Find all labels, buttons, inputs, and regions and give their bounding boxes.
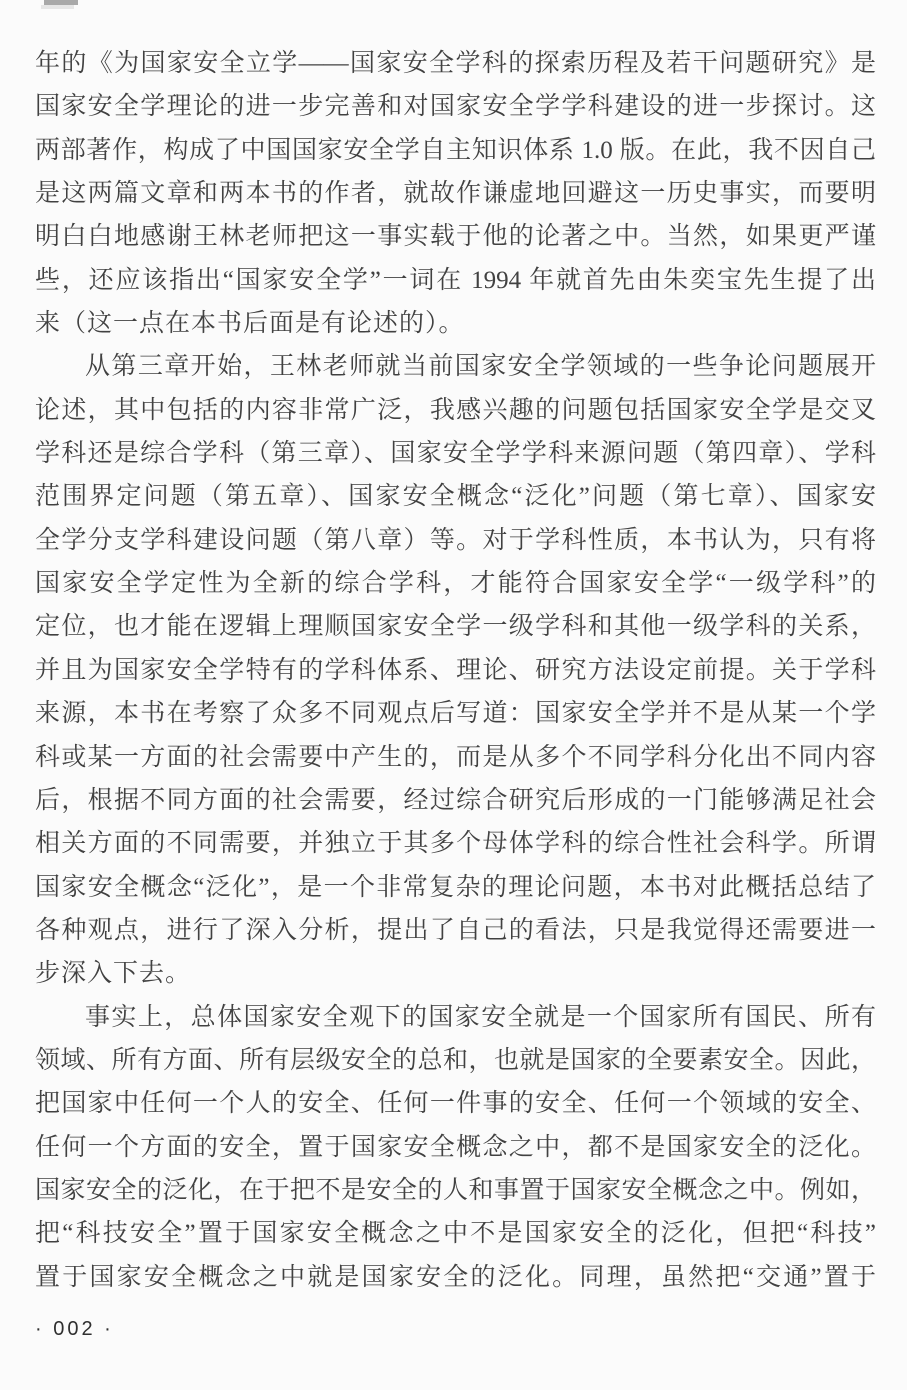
page-text: 年的《为国家安全立学——国家安全学科的探索历程及若干问题研究》是国家安全学理论的… (35, 42, 876, 1299)
text-line: 步深入下去。 (35, 952, 876, 995)
text-line: 相关方面的不同需要，并独立于其多个母体学科的综合性社会科学。所谓 (35, 822, 876, 865)
text-line: 论述，其中包括的内容非常广泛，我感兴趣的问题包括国家安全学是交叉 (35, 389, 876, 432)
text-line: 置于国家安全概念之中就是国家安全的泛化。同理，虽然把“交通”置于 (35, 1256, 876, 1299)
text-line: 领域、所有方面、所有层级安全的总和，也就是国家的全要素安全。因此， (35, 1039, 876, 1082)
text-line: 全学分支学科建设问题（第八章）等。对于学科性质，本书认为，只有将 (35, 519, 876, 562)
text-line: 国家安全的泛化，在于把不是安全的人和事置于国家安全概念之中。例如， (35, 1169, 876, 1212)
text-line: 把国家中任何一个人的安全、任何一件事的安全、任何一个领域的安全、 (35, 1082, 876, 1125)
text-line: 是这两篇文章和两本书的作者，就故作谦虚地回避这一历史事实，而要明 (35, 172, 876, 215)
text-line: 定位，也才能在逻辑上理顺国家安全学一级学科和其他一级学科的关系， (35, 605, 876, 648)
text-line: 来源，本书在考察了众多不同观点后写道：国家安全学并不是从某一个学 (35, 692, 876, 735)
text-line: 国家安全学定性为全新的综合学科，才能符合国家安全学“一级学科”的 (35, 562, 876, 605)
text-line: 来（这一点在本书后面是有论述的）。 (35, 302, 876, 345)
text-line: 些，还应该指出“国家安全学”一词在 1994 年就首先由朱奕宝先生提了出 (35, 259, 876, 302)
text-line: 并且为国家安全学特有的学科体系、理论、研究方法设定前提。关于学科 (35, 649, 876, 692)
text-line: 事实上，总体国家安全观下的国家安全就是一个国家所有国民、所有 (35, 996, 876, 1039)
text-line: 明白白地感谢王林老师把这一事实载于他的论著之中。当然，如果更严谨 (35, 215, 876, 258)
text-line: 科或某一方面的社会需要中产生的，而是从多个不同学科分化出不同内容 (35, 736, 876, 779)
text-line: 范围界定问题（第五章）、国家安全概念“泛化”问题（第七章）、国家安 (35, 475, 876, 518)
text-line: 从第三章开始，王林老师就当前国家安全学领域的一些争论问题展开 (35, 345, 876, 388)
text-line: 国家安全学理论的进一步完善和对国家安全学学科建设的进一步探讨。这 (35, 85, 876, 128)
text-line: 国家安全概念“泛化”，是一个非常复杂的理论问题，本书对此概括总结了 (35, 866, 876, 909)
page-number: · 002 · (35, 1318, 114, 1341)
text-line: 后，根据不同方面的社会需要，经过综合研究后形成的一门能够满足社会 (35, 779, 876, 822)
text-line: 任何一个方面的安全，置于国家安全概念之中，都不是国家安全的泛化。 (35, 1126, 876, 1169)
scan-artifact-shadow (41, 5, 74, 9)
text-line: 把“科技安全”置于国家安全概念之中不是国家安全的泛化，但把“科技” (35, 1212, 876, 1255)
text-line: 学科还是综合学科（第三章）、国家安全学学科来源问题（第四章）、学科 (35, 432, 876, 475)
text-line: 两部著作，构成了中国国家安全学自主知识体系 1.0 版。在此，我不因自己 (35, 129, 876, 172)
text-line: 各种观点，进行了深入分析，提出了自己的看法，只是我觉得还需要进一 (35, 909, 876, 952)
text-line: 年的《为国家安全立学——国家安全学科的探索历程及若干问题研究》是 (35, 42, 876, 85)
